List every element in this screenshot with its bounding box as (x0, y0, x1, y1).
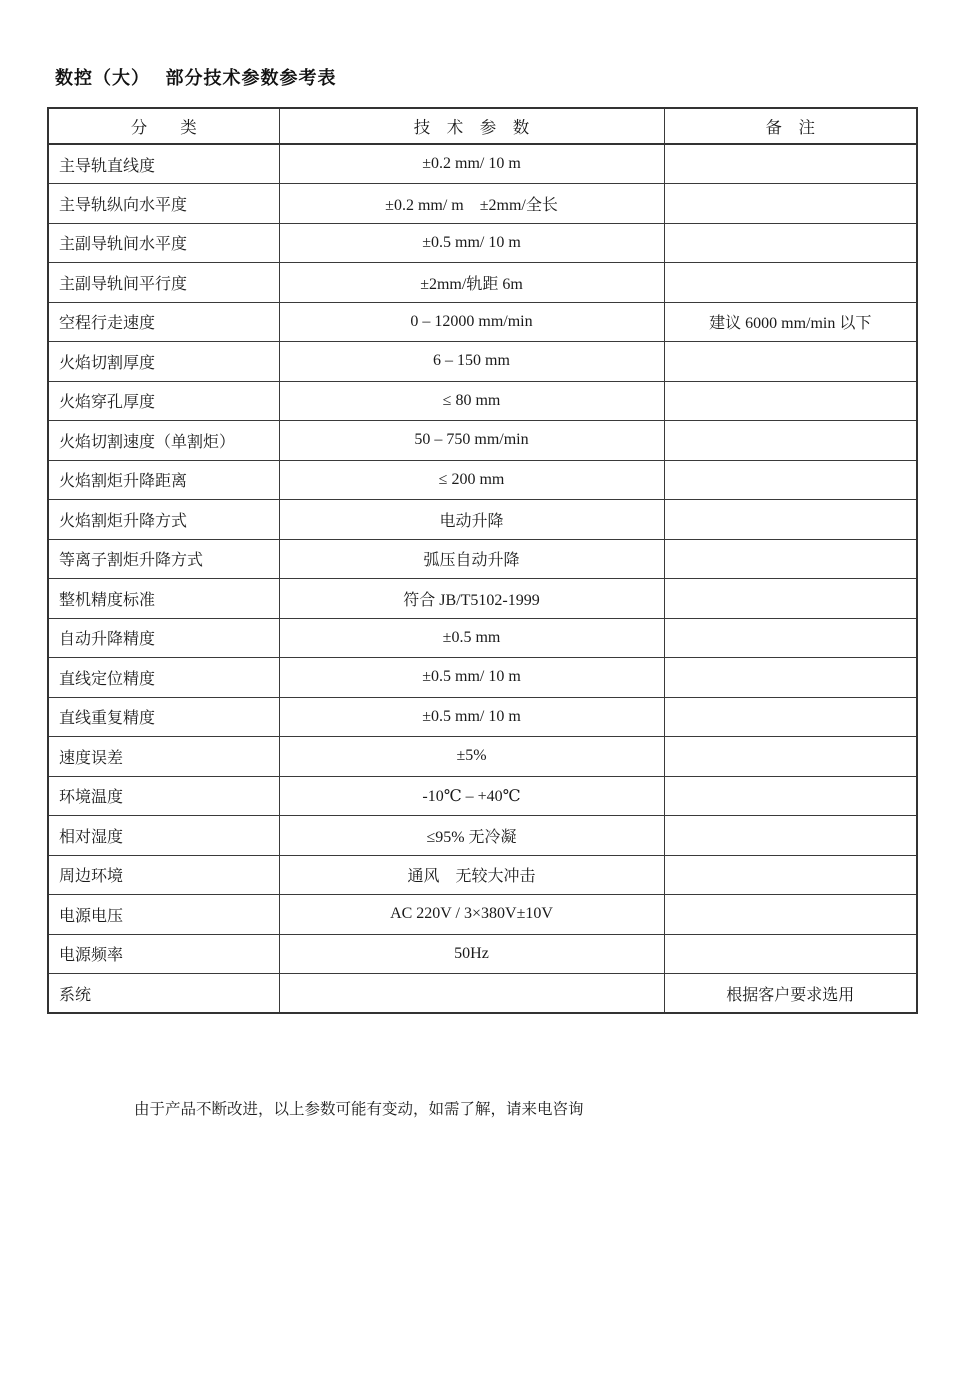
category-cell: 电源频率 (48, 934, 279, 974)
parameter-cell: ±0.5 mm/ 10 m (279, 223, 664, 263)
category-cell: 直线定位精度 (48, 658, 279, 698)
table-row: 主副导轨间水平度 ±0.5 mm/ 10 m (48, 223, 917, 263)
remark-cell (664, 381, 917, 421)
category-cell: 系统 (48, 974, 279, 1014)
parameter-cell: ≤ 200 mm (279, 460, 664, 500)
parameter-cell: 电动升降 (279, 500, 664, 540)
remark-cell (664, 579, 917, 619)
table-row: 直线定位精度 ±0.5 mm/ 10 m (48, 658, 917, 698)
table-row: 火焰割炬升降距离 ≤ 200 mm (48, 460, 917, 500)
table-row: 主副导轨间平行度 ±2mm/轨距 6m (48, 263, 917, 303)
document-page: 数控（大） 部分技术参数参考表 分 类 技 术 参 数 备 注 主导轨直线度 ±… (0, 0, 980, 1386)
page-title: 数控（大） 部分技术参数参考表 (55, 64, 337, 90)
remark-cell (664, 855, 917, 895)
parameter-cell: 50Hz (279, 934, 664, 974)
category-cell: 周边环境 (48, 855, 279, 895)
remark-cell (664, 263, 917, 303)
remark-cell (664, 737, 917, 777)
table-row: 电源电压 AC 220V / 3×380V±10V (48, 895, 917, 935)
remark-cell (664, 618, 917, 658)
parameter-cell: ≤ 80 mm (279, 381, 664, 421)
table-row: 火焰穿孔厚度 ≤ 80 mm (48, 381, 917, 421)
remark-cell (664, 460, 917, 500)
category-cell: 相对湿度 (48, 816, 279, 856)
parameter-cell (279, 974, 664, 1014)
table-body: 主导轨直线度 ±0.2 mm/ 10 m 主导轨纵向水平度 ±0.2 mm/ m… (48, 144, 917, 1013)
remark-cell (664, 184, 917, 224)
category-cell: 自动升降精度 (48, 618, 279, 658)
remark-cell (664, 342, 917, 382)
category-cell: 直线重复精度 (48, 697, 279, 737)
category-cell: 火焰切割厚度 (48, 342, 279, 382)
parameter-cell: ≤95% 无冷凝 (279, 816, 664, 856)
category-cell: 主副导轨间水平度 (48, 223, 279, 263)
table-row: 周边环境 通风 无较大冲击 (48, 855, 917, 895)
remark-cell (664, 697, 917, 737)
parameter-cell: ±0.5 mm/ 10 m (279, 697, 664, 737)
category-cell: 电源电压 (48, 895, 279, 935)
remark-cell (664, 500, 917, 540)
category-cell: 主导轨直线度 (48, 144, 279, 184)
parameter-cell: ±5% (279, 737, 664, 777)
remark-cell (664, 539, 917, 579)
table-row: 主导轨纵向水平度 ±0.2 mm/ m ±2mm/全长 (48, 184, 917, 224)
table-row: 等离子割炬升降方式 弧压自动升降 (48, 539, 917, 579)
table-row: 环境温度 -10℃ – +40℃ (48, 776, 917, 816)
remark-cell (664, 144, 917, 184)
parameter-cell: 50 – 750 mm/min (279, 421, 664, 461)
category-cell: 火焰切割速度（单割炬） (48, 421, 279, 461)
spec-table: 分 类 技 术 参 数 备 注 主导轨直线度 ±0.2 mm/ 10 m 主导轨… (47, 107, 918, 1014)
parameter-cell: 0 – 12000 mm/min (279, 302, 664, 342)
table-row: 主导轨直线度 ±0.2 mm/ 10 m (48, 144, 917, 184)
remark-cell (664, 421, 917, 461)
remark-cell (664, 223, 917, 263)
table-row: 相对湿度 ≤95% 无冷凝 (48, 816, 917, 856)
header-category: 分 类 (48, 108, 279, 144)
remark-cell (664, 776, 917, 816)
table-row: 火焰割炬升降方式 电动升降 (48, 500, 917, 540)
footnote: 由于产品不断改进，以上参数可能有变动，如需了解，请来电咨询 (134, 1097, 584, 1119)
parameter-cell: 符合 JB/T5102-1999 (279, 579, 664, 619)
parameter-cell: ±0.2 mm/ 10 m (279, 144, 664, 184)
table-row: 电源频率 50Hz (48, 934, 917, 974)
header-remark: 备 注 (664, 108, 917, 144)
parameter-cell: ±0.2 mm/ m ±2mm/全长 (279, 184, 664, 224)
category-cell: 等离子割炬升降方式 (48, 539, 279, 579)
remark-cell (664, 816, 917, 856)
parameter-cell: 弧压自动升降 (279, 539, 664, 579)
parameter-cell: 6 – 150 mm (279, 342, 664, 382)
remark-cell: 根据客户要求选用 (664, 974, 917, 1014)
table-row: 直线重复精度 ±0.5 mm/ 10 m (48, 697, 917, 737)
category-cell: 空程行走速度 (48, 302, 279, 342)
table-row: 速度误差 ±5% (48, 737, 917, 777)
parameter-cell: -10℃ – +40℃ (279, 776, 664, 816)
table-row: 系统 根据客户要求选用 (48, 974, 917, 1014)
table-row: 整机精度标准 符合 JB/T5102-1999 (48, 579, 917, 619)
table-row: 火焰切割速度（单割炬） 50 – 750 mm/min (48, 421, 917, 461)
category-cell: 火焰割炬升降方式 (48, 500, 279, 540)
category-cell: 主副导轨间平行度 (48, 263, 279, 303)
category-cell: 环境温度 (48, 776, 279, 816)
remark-cell (664, 658, 917, 698)
parameter-cell: ±0.5 mm/ 10 m (279, 658, 664, 698)
header-parameter: 技 术 参 数 (279, 108, 664, 144)
table-header-row: 分 类 技 术 参 数 备 注 (48, 108, 917, 144)
parameter-cell: ±0.5 mm (279, 618, 664, 658)
remark-cell: 建议 6000 mm/min 以下 (664, 302, 917, 342)
category-cell: 整机精度标准 (48, 579, 279, 619)
table-row: 空程行走速度 0 – 12000 mm/min 建议 6000 mm/min 以… (48, 302, 917, 342)
parameter-cell: ±2mm/轨距 6m (279, 263, 664, 303)
remark-cell (664, 934, 917, 974)
category-cell: 主导轨纵向水平度 (48, 184, 279, 224)
table-row: 火焰切割厚度 6 – 150 mm (48, 342, 917, 382)
table-row: 自动升降精度 ±0.5 mm (48, 618, 917, 658)
remark-cell (664, 895, 917, 935)
parameter-cell: 通风 无较大冲击 (279, 855, 664, 895)
category-cell: 火焰割炬升降距离 (48, 460, 279, 500)
category-cell: 速度误差 (48, 737, 279, 777)
parameter-cell: AC 220V / 3×380V±10V (279, 895, 664, 935)
category-cell: 火焰穿孔厚度 (48, 381, 279, 421)
